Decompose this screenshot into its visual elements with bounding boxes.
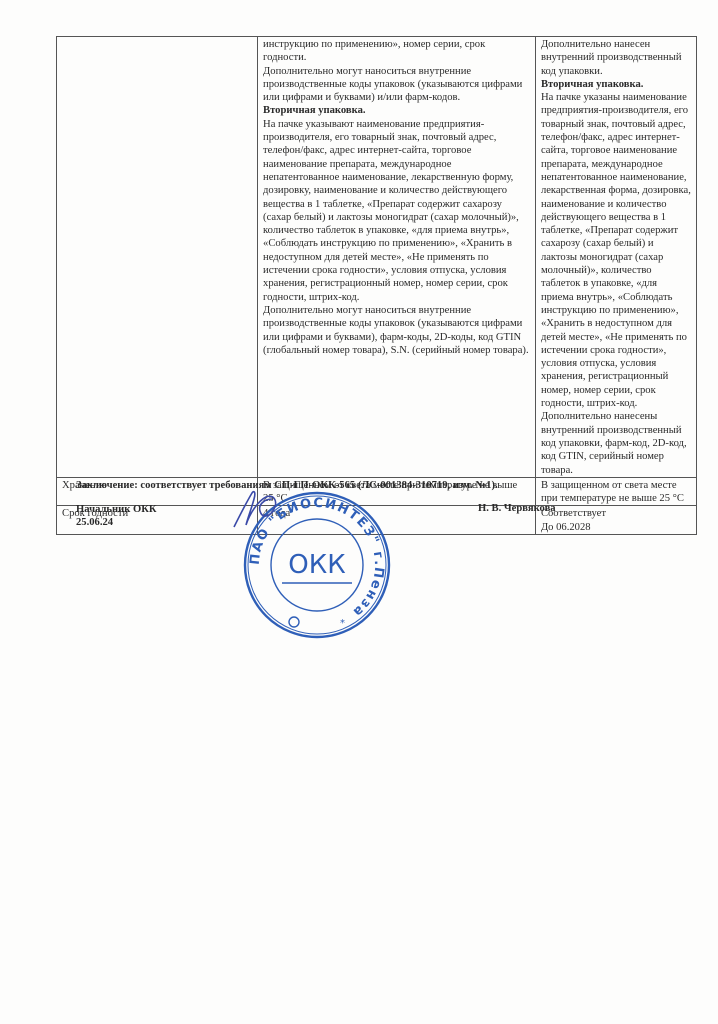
stamp-center-text: ОКК xyxy=(288,550,345,580)
result-cell: Дополнительно нанесен внутренний произво… xyxy=(535,37,696,478)
requirement-text: На пачке указывают наименование предприя… xyxy=(263,118,530,304)
result-text: Дополнительно нанесен внутренний произво… xyxy=(541,38,691,78)
shelf-life-result-status: Соответствует xyxy=(541,507,691,520)
signature-date: 25.06.24 xyxy=(76,516,157,529)
shelf-life-result-date: До 06.2028 xyxy=(541,521,691,534)
signatory-block: Начальник ОКК 25.06.24 xyxy=(76,503,157,529)
spec-comparison-table: инструкцию по применению», номер серии, … xyxy=(56,36,697,535)
requirement-cell: инструкцию по применению», номер серии, … xyxy=(258,37,536,478)
secondary-packaging-heading: Вторичная упаковка. xyxy=(263,104,530,117)
requirement-text: инструкцию по применению», номер серии, … xyxy=(263,38,530,65)
storage-result: В защищенном от света месте при температ… xyxy=(535,477,696,506)
result-text: На пачке указаны наименование предприяти… xyxy=(541,91,691,410)
handwritten-signature xyxy=(230,487,290,532)
secondary-packaging-heading: Вторичная упаковка. xyxy=(541,78,691,91)
shelf-life-result: Соответствует До 06.2028 xyxy=(535,506,696,535)
packaging-row: инструкцию по применению», номер серии, … xyxy=(57,37,697,478)
signatory-name: Н. В. Червякова xyxy=(478,503,556,514)
svg-text:*: * xyxy=(340,618,345,629)
parameter-cell xyxy=(57,37,258,478)
signatory-position: Начальник ОКК xyxy=(76,503,157,516)
requirement-text: Дополнительно могут наноситься внутренни… xyxy=(263,304,530,357)
result-text: Дополнительно нанесены внутренний произв… xyxy=(541,410,691,476)
requirement-text: Дополнительно могут наноситься внутренни… xyxy=(263,65,530,105)
